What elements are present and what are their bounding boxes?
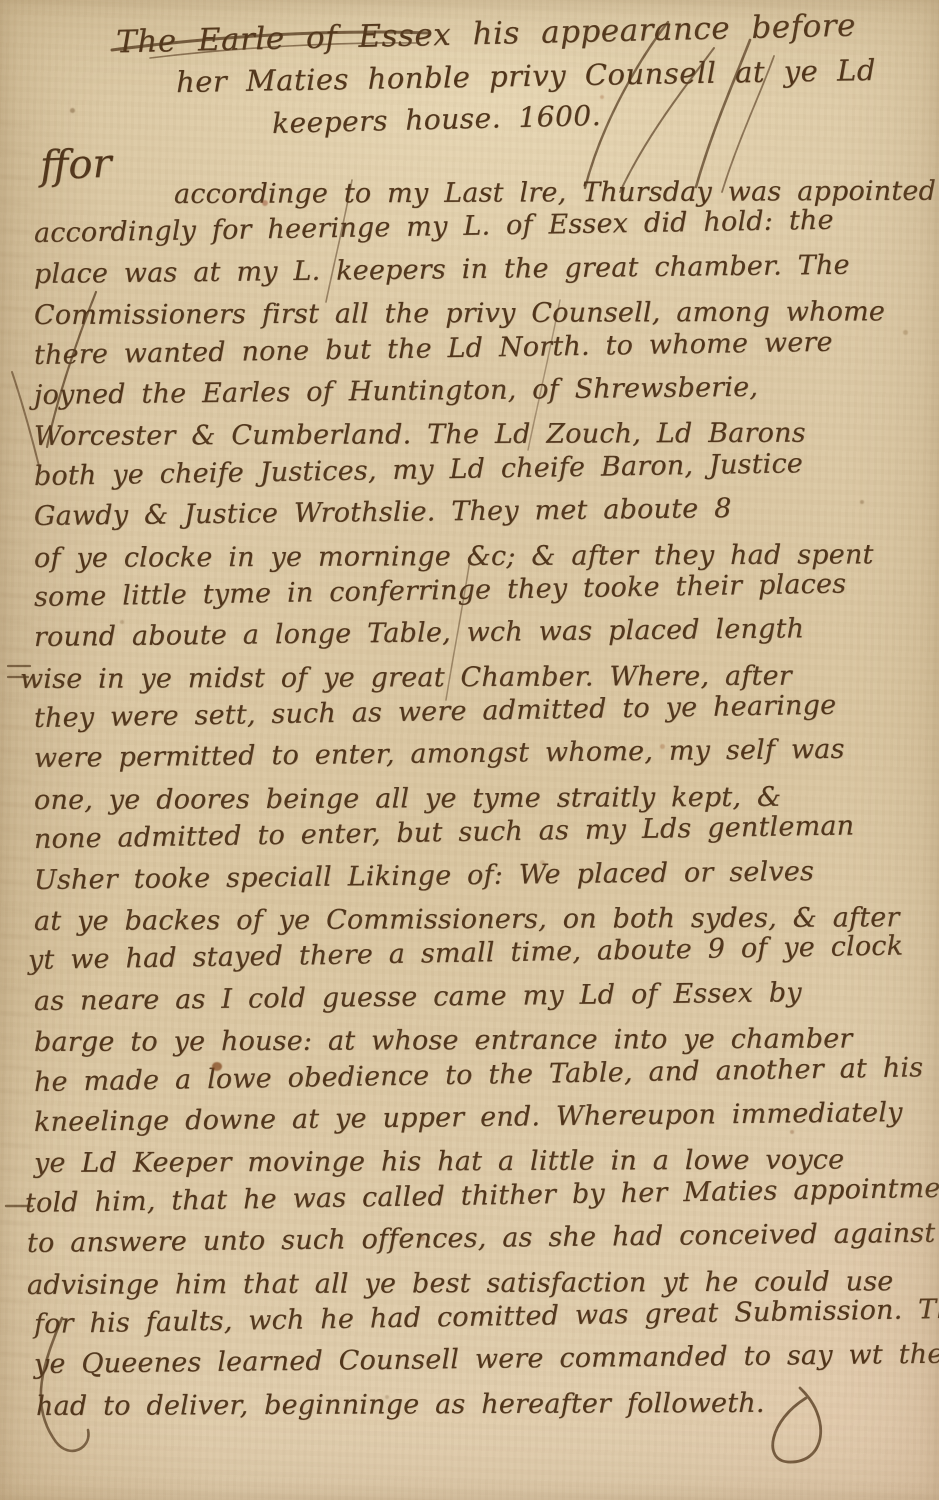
manuscript-line: were permitted to enter, amongst whome, … [34,733,934,784]
manuscript-line: ye Queenes learned Counsell were command… [34,1339,934,1390]
manuscript-heading-line: her Maties honble privy Counsell at ye L… [176,53,876,99]
manuscript-heading-line: The Earle of Essex his appearance before [116,8,857,61]
manuscript-body: accordinge to my Last lre, Thursday was … [34,178,934,1430]
manuscript-line: Gawdy & Justice Wrothslie. They met abou… [34,491,934,542]
manuscript-line: to answere unto such offences, as she ha… [27,1218,934,1269]
manuscript-heading-line: keepers house. 1600. [272,99,602,140]
manuscript-page: The Earle of Essex his appearance before… [0,0,939,1500]
manuscript-line: as neare as I cold guesse came my Ld of … [34,976,934,1027]
manuscript-line: had to deliver, beginninge as hereafter … [36,1387,934,1431]
fox-spot [70,108,75,113]
manuscript-line: round aboute a longe Table, wch was plac… [34,612,934,663]
